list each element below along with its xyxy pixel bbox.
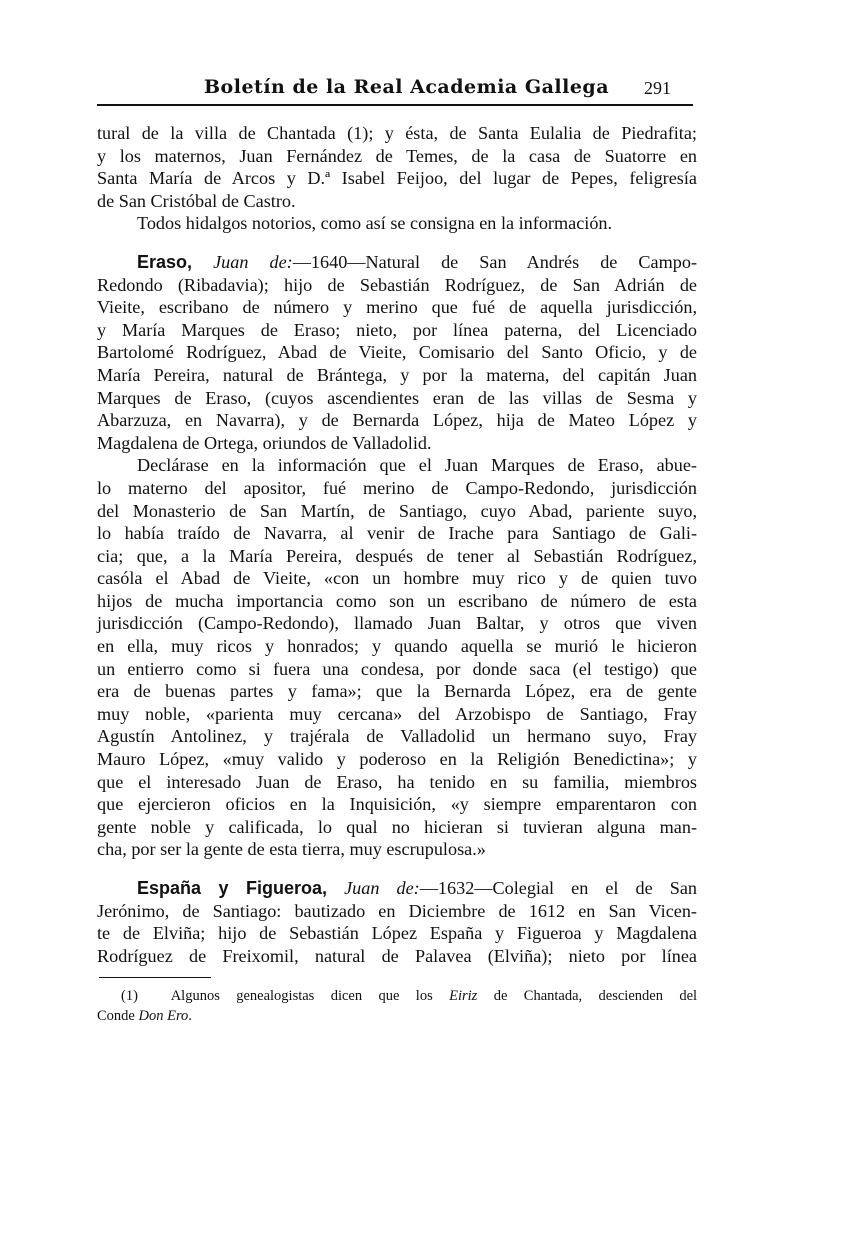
text-line: en ella, muy ricos y honrados; y quando … — [97, 635, 697, 658]
text-line: tural de la villa de Chantada (1); y ést… — [97, 122, 697, 145]
footnote-text: Algunos genealogistas dicen que los — [171, 988, 433, 1004]
entry-heading-line: España y Figueroa, Juan de:—1632—Colegia… — [97, 877, 697, 900]
footnote-text: . — [188, 1008, 192, 1024]
entry-given-name: Juan de: — [213, 252, 293, 272]
text-line: Marques de Eraso, (cuyos ascendientes er… — [97, 387, 697, 410]
spacer — [97, 861, 697, 877]
text-line: Magdalena de Ortega, oriundos de Vallado… — [97, 432, 697, 455]
entry-heading-line: Eraso, Juan de:—1640—Natural de San Andr… — [97, 251, 697, 274]
footnote-marker: (1) — [121, 988, 138, 1004]
footnote-italic: Don Ero — [138, 1008, 188, 1024]
running-header: Boletín de la Real Academia Gallega 291 — [97, 72, 695, 104]
header-rule — [97, 104, 693, 106]
text-line: Redondo (Ribadavia); hijo de Sebastián R… — [97, 274, 697, 297]
footnote-line: Conde Don Ero. — [97, 1006, 697, 1026]
entry-name: Eraso, — [137, 252, 192, 272]
text-line: te de Elviña; hijo de Sebastián López Es… — [97, 922, 697, 945]
text-line: lo había traído de Navarra, al venir de … — [97, 522, 697, 545]
text-line: Bartolomé Rodríguez, Abad de Vieite, Com… — [97, 341, 697, 364]
text-line: jurisdicción (Campo-Redondo), llamado Ju… — [97, 612, 697, 635]
spacer — [97, 235, 697, 251]
text-line: del Monasterio de San Martín, de Santiag… — [97, 500, 697, 523]
text-line: Jerónimo, de Santiago: bautizado en Dici… — [97, 900, 697, 923]
text-line: gente noble y calificada, lo qual no hic… — [97, 816, 697, 839]
entry-lead: —1640—Natural de San Andrés de Campo- — [293, 252, 697, 272]
document-page: Boletín de la Real Academia Gallega 291 … — [0, 0, 850, 1246]
text-line: casóla el Abad de Vieite, «con un hombre… — [97, 567, 697, 590]
text-line: Abarzuza, en Navarra), y de Bernarda Lóp… — [97, 409, 697, 432]
text-line: Santa María de Arcos y D.ª Isabel Feijoo… — [97, 167, 697, 190]
text-line: Rodríguez de Freixomil, natural de Palav… — [97, 945, 697, 968]
text-line: que ejercieron oficios en la Inquisición… — [97, 793, 697, 816]
text-line: y los maternos, Juan Fernández de Temes,… — [97, 145, 697, 168]
entry-given-name: Juan de: — [344, 878, 420, 898]
text-line: muy noble, «parienta muy cercana» del Ar… — [97, 703, 697, 726]
page-number: 291 — [644, 78, 671, 99]
text-line: Agustín Antolinez, y trajérala de Vallad… — [97, 725, 697, 748]
journal-title: Boletín de la Real Academia Gallega — [204, 76, 609, 98]
text-line: cha, por ser la gente de esta tierra, mu… — [97, 838, 697, 861]
page-body: tural de la villa de Chantada (1); y ést… — [97, 122, 697, 1026]
text-line: Vieite, escribano de número y merino que… — [97, 296, 697, 319]
text-line: María Pereira, natural de Brántega, y po… — [97, 364, 697, 387]
footnote-line: (1) Algunos genealogistas dicen que los … — [97, 986, 697, 1006]
text-line: hijos de mucha importancia como son un e… — [97, 590, 697, 613]
footnote-italic: Eiriz — [449, 988, 477, 1004]
text-line: de San Cristóbal de Castro. — [97, 190, 697, 213]
entry-lead: —1632—Colegial en el de San — [420, 878, 697, 898]
text-line: cia; que, a la María Pereira, después de… — [97, 545, 697, 568]
footnote-text: Conde — [97, 1008, 135, 1024]
text-line: que el interesado Juan de Eraso, ha teni… — [97, 771, 697, 794]
text-line: y María Marques de Eraso; nieto, por lín… — [97, 319, 697, 342]
text-line: Mauro López, «muy valido y poderoso en l… — [97, 748, 697, 771]
text-line: era de buenas partes y fama»; que la Ber… — [97, 680, 697, 703]
text-line: Todos hidalgos notorios, como así se con… — [97, 212, 697, 235]
footnote-rule — [99, 977, 211, 978]
text-line: un entierro como si fuera una condesa, p… — [97, 658, 697, 681]
footnote-text: de Chantada, descienden del — [494, 988, 697, 1004]
text-line: lo materno del apositor, fué merino de C… — [97, 477, 697, 500]
entry-name: España y Figueroa, — [137, 878, 327, 898]
text-line: Declárase en la información que el Juan … — [97, 454, 697, 477]
